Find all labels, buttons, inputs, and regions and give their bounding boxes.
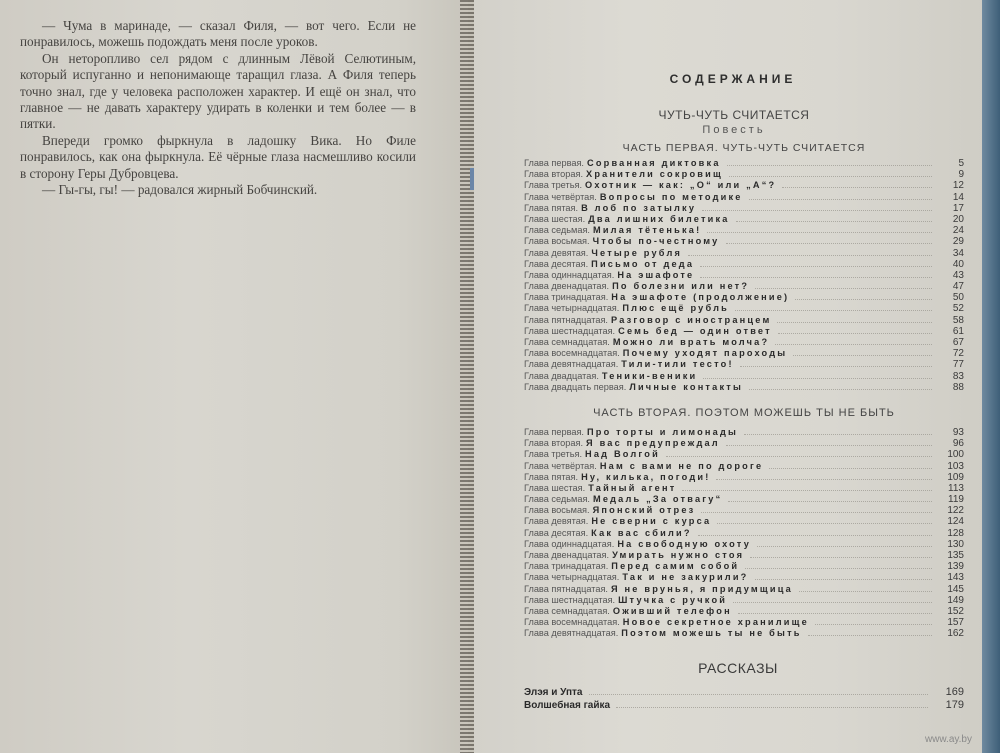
toc-chapter-row: Глава восьмая.Японский отрез122 (524, 505, 964, 516)
toc-chapter-row: Глава четвёртая.Вопросы по методике14 (524, 192, 964, 203)
chapter-title: По болезни или нет? (612, 281, 749, 292)
chapter-title: Хранители сокровищ (586, 169, 723, 180)
chapter-title: Про торты и лимонады (587, 427, 738, 438)
page-number: 109 (938, 472, 964, 483)
toc-chapter-row: Глава двенадцатая.По болезни или нет?47 (524, 281, 964, 292)
page-number: 50 (938, 292, 964, 303)
page-number: 179 (934, 699, 964, 712)
dot-leader (700, 266, 932, 267)
chapter-title: Личные контакты (629, 382, 743, 393)
stories-title: РАССКАЗЫ (512, 660, 964, 676)
chapter-number: Глава одиннадцатая. (524, 270, 614, 281)
page-number: 88 (938, 382, 964, 393)
chapter-number: Глава третья. (524, 449, 582, 460)
page-number: 124 (938, 516, 964, 527)
page-number: 17 (938, 203, 964, 214)
dot-leader (729, 176, 932, 177)
paragraph: — Чума в маринаде, — сказал Филя, — вот … (20, 18, 416, 51)
chapter-title: Японский отрез (593, 505, 696, 516)
toc-chapter-row: Глава третья.Охотник — как: „О“ или „А“?… (524, 180, 964, 191)
chapter-number: Глава шестнадцатая. (524, 326, 615, 337)
left-page-text: — Чума в маринаде, — сказал Филя, — вот … (20, 18, 416, 198)
chapter-title: Сорванная диктовка (587, 158, 721, 169)
page-number: 119 (938, 494, 964, 505)
chapter-title: Я не врунья, я придумщица (611, 584, 793, 595)
dot-leader (698, 535, 932, 536)
page-number: 83 (938, 371, 964, 382)
toc-chapter-row: Глава первая.Сорванная диктовка5 (524, 158, 964, 169)
chapter-number: Глава восемнадцатая. (524, 348, 620, 359)
dot-leader (688, 255, 932, 256)
chapter-title: Теники-веники (602, 371, 697, 382)
dot-leader (726, 243, 933, 244)
dot-leader (738, 613, 932, 614)
page-number: 113 (938, 483, 964, 494)
novel-subtitle: Повесть (504, 124, 964, 136)
chapter-number: Глава девятая. (524, 516, 588, 527)
chapter-title: Письмо от деда (591, 259, 694, 270)
chapter-number: Глава двадцать первая. (524, 382, 626, 393)
dot-leader (755, 288, 932, 289)
toc-chapter-row: Глава семнадцатая.Можно ли врать молча?6… (524, 337, 964, 348)
page-number: 5 (938, 158, 964, 169)
toc-chapter-row: Глава тринадцатая.На эшафоте (продолжени… (524, 292, 964, 303)
left-page: — Чума в маринаде, — сказал Филя, — вот … (0, 0, 468, 753)
toc-chapter-row: Глава седьмая.Милая тётенька!24 (524, 225, 964, 236)
part-two-title: ЧАСТЬ ВТОРАЯ. ПОЭТОМ МОЖЕШЬ ТЫ НЕ БЫТЬ (524, 407, 964, 419)
toc-title: СОДЕРЖАНИЕ (502, 72, 964, 86)
toc-chapter-row: Глава двенадцатая.Умирать нужно стоя135 (524, 550, 964, 561)
toc-chapter-row: Глава девятая.Четыре рубля34 (524, 248, 964, 259)
chapter-title: Над Волгой (585, 449, 660, 460)
chapter-number: Глава восьмая. (524, 236, 590, 247)
chapter-title: Медаль „За отвагу“ (593, 494, 722, 505)
paragraph: — Гы-гы, гы! — радовался жирный Бобчинск… (20, 182, 416, 198)
page-number: 145 (938, 584, 964, 595)
chapter-title: Плюс ещё рубль (622, 303, 729, 314)
dot-leader (736, 221, 932, 222)
chapter-title: Перед самим собой (611, 561, 739, 572)
chapter-number: Глава седьмая. (524, 494, 590, 505)
dot-leader (793, 355, 932, 356)
page-number: 100 (938, 449, 964, 460)
dot-leader (749, 199, 932, 200)
toc-chapter-row: Глава первая.Про торты и лимонады93 (524, 427, 964, 438)
chapter-number: Глава четвёртая. (524, 192, 597, 203)
page-number: 135 (938, 550, 964, 561)
chapter-title: Охотник — как: „О“ или „А“? (585, 180, 776, 191)
chapter-number: Глава пятнадцатая. (524, 315, 608, 326)
page-number: 169 (934, 686, 964, 699)
chapter-number: Глава восемнадцатая. (524, 617, 620, 628)
chapter-title: Штучка с ручкой (618, 595, 727, 606)
chapter-number: Глава пятнадцатая. (524, 584, 608, 595)
dot-leader (782, 187, 932, 188)
toc-story-row: Элэя и Упта169 (524, 686, 964, 699)
toc-chapter-row: Глава пятнадцатая.Разговор с иностранцем… (524, 315, 964, 326)
page-number: 72 (938, 348, 964, 359)
page-number: 139 (938, 561, 964, 572)
chapter-title: Как вас сбили? (591, 528, 692, 539)
toc-chapter-row: Глава четырнадцатая.Плюс ещё рубль52 (524, 303, 964, 314)
chapter-title: В лоб по затылку (581, 203, 696, 214)
chapter-number: Глава шестая. (524, 214, 585, 225)
page-number: 103 (938, 461, 964, 472)
chapter-title: Вопросы по методике (600, 192, 743, 203)
story-title: Элэя и Упта (524, 686, 583, 699)
dot-leader (769, 468, 932, 469)
dot-leader (808, 635, 932, 636)
chapter-title: Так и не закурили? (622, 572, 748, 583)
chapter-number: Глава двенадцатая. (524, 281, 609, 292)
page-number: 67 (938, 337, 964, 348)
toc-chapter-row: Глава девятнадцатая.Поэтом можешь ты не … (524, 628, 964, 639)
table-of-contents: СОДЕРЖАНИЕ ЧУТЬ-ЧУТЬ СЧИТАЕТСЯ Повесть Ч… (524, 72, 964, 712)
toc-chapter-row: Глава восьмая.Чтобы по-честному29 (524, 236, 964, 247)
dot-leader (702, 210, 932, 211)
chapter-title: Новое секретное хранилище (623, 617, 809, 628)
toc-chapter-row: Глава пятая.Ну, килька, погоди!109 (524, 472, 964, 483)
toc-chapter-row: Глава семнадцатая.Оживший телефон152 (524, 606, 964, 617)
page-number: 128 (938, 528, 964, 539)
story-title: Волшебная гайка (524, 699, 610, 712)
toc-chapter-row: Глава вторая.Я вас предупреждал96 (524, 438, 964, 449)
chapter-number: Глава двадцатая. (524, 371, 599, 382)
chapter-number: Глава четырнадцатая. (524, 303, 619, 314)
page-number: 24 (938, 225, 964, 236)
toc-chapter-row: Глава десятая.Как вас сбили?128 (524, 528, 964, 539)
page-number: 149 (938, 595, 964, 606)
chapter-number: Глава девятая. (524, 248, 588, 259)
stories-list: Элэя и Упта169Волшебная гайка179 (524, 686, 964, 712)
dot-leader (589, 694, 929, 695)
dot-leader (716, 479, 932, 480)
toc-chapter-row: Глава шестая.Два лишних билетика20 (524, 214, 964, 225)
chapter-title: Ну, килька, погоди! (581, 472, 710, 483)
dot-leader (616, 707, 928, 708)
dot-leader (775, 344, 932, 345)
chapter-title: Тили-тили тесто! (621, 359, 734, 370)
toc-chapter-row: Глава шестнадцатая.Семь бед — один ответ… (524, 326, 964, 337)
dot-leader (717, 523, 932, 524)
novel-title: ЧУТЬ-ЧУТЬ СЧИТАЕТСЯ (504, 108, 964, 122)
chapter-title: Тайный агент (588, 483, 676, 494)
dot-leader (740, 366, 932, 367)
part-one-title: ЧАСТЬ ПЕРВАЯ. ЧУТЬ-ЧУТЬ СЧИТАЕТСЯ (524, 142, 964, 154)
page-number: 122 (938, 505, 964, 516)
chapter-title: Почему уходят пароходы (623, 348, 788, 359)
chapter-number: Глава седьмая. (524, 225, 590, 236)
page-number: 29 (938, 236, 964, 247)
chapter-title: Чтобы по-честному (593, 236, 720, 247)
dot-leader (733, 602, 932, 603)
chapter-title: На свободную охоту (617, 539, 751, 550)
background-edge (982, 0, 1000, 753)
chapter-title: Милая тётенька! (593, 225, 701, 236)
book-spine (460, 0, 474, 753)
chapter-title: На эшафоте (617, 270, 694, 281)
page-number: 61 (938, 326, 964, 337)
part-two-chapters: Глава первая.Про торты и лимонады93Глава… (524, 427, 964, 640)
chapter-number: Глава пятая. (524, 203, 578, 214)
toc-chapter-row: Глава четырнадцатая.Так и не закурили?14… (524, 572, 964, 583)
dot-leader (750, 557, 932, 558)
chapter-number: Глава пятая. (524, 472, 578, 483)
chapter-number: Глава семнадцатая. (524, 606, 610, 617)
page-number: 43 (938, 270, 964, 281)
chapter-title: Я вас предупреждал (586, 438, 720, 449)
chapter-title: Семь бед — один ответ (618, 326, 772, 337)
chapter-number: Глава четвёртая. (524, 461, 597, 472)
toc-chapter-row: Глава девятая.Не сверни с курса124 (524, 516, 964, 527)
dot-leader (666, 456, 932, 457)
toc-chapter-row: Глава шестая.Тайный агент113 (524, 483, 964, 494)
page-number: 34 (938, 248, 964, 259)
toc-chapter-row: Глава двадцатая.Теники-веники83 (524, 371, 964, 382)
paragraph: Впереди громко фыркнула в ладошку Вика. … (20, 133, 416, 182)
chapter-number: Глава первая. (524, 158, 584, 169)
page-number: 130 (938, 539, 964, 550)
chapter-number: Глава вторая. (524, 438, 583, 449)
page-number: 143 (938, 572, 964, 583)
page-number: 77 (938, 359, 964, 370)
chapter-number: Глава десятая. (524, 528, 588, 539)
toc-chapter-row: Глава восемнадцатая.Почему уходят парохо… (524, 348, 964, 359)
toc-chapter-row: Глава одиннадцатая.На эшафоте43 (524, 270, 964, 281)
chapter-number: Глава четырнадцатая. (524, 572, 619, 583)
dot-leader (757, 546, 932, 547)
toc-story-row: Волшебная гайка179 (524, 699, 964, 712)
page-number: 47 (938, 281, 964, 292)
dot-leader (744, 434, 932, 435)
page-number: 93 (938, 427, 964, 438)
chapter-number: Глава девятнадцатая. (524, 359, 618, 370)
chapter-number: Глава третья. (524, 180, 582, 191)
page-number: 12 (938, 180, 964, 191)
toc-chapter-row: Глава пятнадцатая.Я не врунья, я придумщ… (524, 584, 964, 595)
toc-chapter-row: Глава шестнадцатая.Штучка с ручкой149 (524, 595, 964, 606)
toc-chapter-row: Глава третья.Над Волгой100 (524, 449, 964, 460)
dot-leader (728, 501, 932, 502)
dot-leader (799, 591, 932, 592)
toc-chapter-row: Глава пятая.В лоб по затылку17 (524, 203, 964, 214)
chapter-number: Глава семнадцатая. (524, 337, 610, 348)
toc-chapter-row: Глава восемнадцатая.Новое секретное хран… (524, 617, 964, 628)
chapter-number: Глава вторая. (524, 169, 583, 180)
toc-chapter-row: Глава четвёртая.Нам с вами не по дороге1… (524, 461, 964, 472)
part-one-chapters: Глава первая.Сорванная диктовка5Глава вт… (524, 158, 964, 393)
page-number: 14 (938, 192, 964, 203)
chapter-number: Глава восьмая. (524, 505, 590, 516)
dot-leader (778, 333, 932, 334)
chapter-number: Глава десятая. (524, 259, 588, 270)
dot-leader (707, 232, 932, 233)
dot-leader (795, 299, 932, 300)
dot-leader (700, 277, 932, 278)
dot-leader (749, 389, 932, 390)
page-number: 157 (938, 617, 964, 628)
chapter-title: Нам с вами не по дороге (600, 461, 764, 472)
dot-leader (745, 568, 932, 569)
chapter-title: Оживший телефон (613, 606, 732, 617)
toc-chapter-row: Глава девятнадцатая.Тили-тили тесто!77 (524, 359, 964, 370)
toc-chapter-row: Глава двадцать первая.Личные контакты88 (524, 382, 964, 393)
toc-chapter-row: Глава тринадцатая.Перед самим собой139 (524, 561, 964, 572)
chapter-title: На эшафоте (продолжение) (611, 292, 789, 303)
page-number: 9 (938, 169, 964, 180)
dot-leader (727, 165, 932, 166)
chapter-number: Глава первая. (524, 427, 584, 438)
toc-chapter-row: Глава вторая.Хранители сокровищ9 (524, 169, 964, 180)
chapter-number: Глава девятнадцатая. (524, 628, 618, 639)
watermark: www.ay.by (925, 734, 972, 745)
chapter-title: Разговор с иностранцем (611, 315, 771, 326)
page-number: 58 (938, 315, 964, 326)
toc-chapter-row: Глава седьмая.Медаль „За отвагу“119 (524, 494, 964, 505)
chapter-title: Поэтом можешь ты не быть (621, 628, 801, 639)
dot-leader (755, 579, 933, 580)
dot-leader (726, 445, 932, 446)
chapter-number: Глава двенадцатая. (524, 550, 609, 561)
dot-leader (701, 512, 932, 513)
page-number: 20 (938, 214, 964, 225)
dot-leader (815, 624, 932, 625)
chapter-number: Глава одиннадцатая. (524, 539, 614, 550)
chapter-number: Глава тринадцатая. (524, 561, 608, 572)
chapter-number: Глава шестнадцатая. (524, 595, 615, 606)
chapter-number: Глава шестая. (524, 483, 585, 494)
chapter-title: Умирать нужно стоя (612, 550, 744, 561)
dot-leader (735, 310, 932, 311)
chapter-title: Два лишних билетика (588, 214, 729, 225)
page-number: 52 (938, 303, 964, 314)
chapter-title: Не сверни с курса (591, 516, 711, 527)
dot-leader (703, 378, 932, 379)
dot-leader (777, 322, 932, 323)
toc-chapter-row: Глава десятая.Письмо от деда40 (524, 259, 964, 270)
chapter-title: Четыре рубля (591, 248, 682, 259)
page-number: 162 (938, 628, 964, 639)
chapter-title: Можно ли врать молча? (613, 337, 769, 348)
page-number: 152 (938, 606, 964, 617)
page-number: 40 (938, 259, 964, 270)
toc-chapter-row: Глава одиннадцатая.На свободную охоту130 (524, 539, 964, 550)
paragraph: Он неторопливо сел рядом с длинным Лёвой… (20, 51, 416, 133)
chapter-number: Глава тринадцатая. (524, 292, 608, 303)
page-number: 96 (938, 438, 964, 449)
dot-leader (682, 490, 932, 491)
